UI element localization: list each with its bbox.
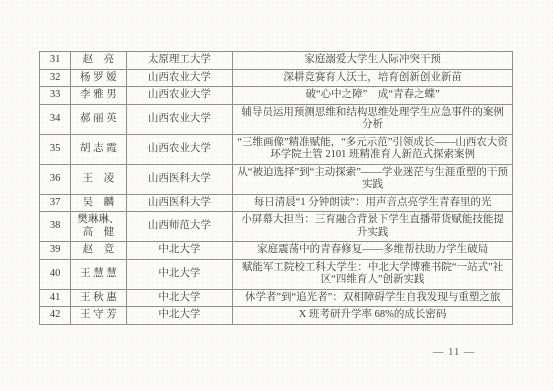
title-cell: 每日清晨“1 分钟朗读”：用声音点亮学生青春里的光 [233, 194, 513, 212]
university-cell: 太原理工大学 [126, 52, 233, 70]
table-row: 35 胡 志 霞 山西农业大学 “三维画像”精准赋能，“多元示范”引领成长——山… [40, 134, 513, 164]
row-number-cell: 33 [40, 87, 71, 105]
table-row: 36 王 凌 山西医科大学 从“被迫选择”到“主动探索”——学业迷茫与生涯重塑的… [40, 164, 513, 194]
name-cell: 杨 罗 嫒 [71, 69, 126, 87]
title-cell: “三维画像”精准赋能，“多元示范”引领成长——山西农大资环学院土管 2101 班… [233, 134, 513, 164]
table-row: 38 樊琳琳、 高 健 山西师范大学 小屏幕大担当：三育融合背景下学生直播带货赋… [40, 212, 513, 242]
name-cell: 赵 竞 [71, 242, 126, 260]
university-cell: 山西农业大学 [126, 69, 233, 87]
name-cell: 李 雅 男 [71, 87, 126, 105]
university-cell: 山西农业大学 [126, 134, 233, 164]
row-number-cell: 32 [40, 69, 71, 87]
name-cell: 王 秋 惠 [71, 289, 126, 307]
table-row: 32 杨 罗 嫒 山西农业大学 深耕竞赛育人沃土，培育创新创业新苗 [40, 69, 513, 87]
table-row: 34 郝 丽 英 山西农业大学 辅导员运用预测思维和结构思维处理学生应急事件的案… [40, 104, 513, 134]
row-number-cell: 36 [40, 164, 71, 194]
title-cell: 破“心中之障” 成“青春之蝶” [233, 87, 513, 105]
name-cell: 王 守 芳 [71, 307, 126, 325]
university-cell: 中北大学 [126, 307, 233, 325]
scanned-document-page: 31 赵 亮 太原理工大学 家庭溺爱大学生人际冲突干预 32 杨 罗 嫒 山西农… [0, 0, 553, 391]
table-row: 33 李 雅 男 山西农业大学 破“心中之障” 成“青春之蝶” [40, 87, 513, 105]
award-list-table: 31 赵 亮 太原理工大学 家庭溺爱大学生人际冲突干预 32 杨 罗 嫒 山西农… [39, 51, 513, 325]
university-cell: 山西医科大学 [126, 194, 233, 212]
table-row: 31 赵 亮 太原理工大学 家庭溺爱大学生人际冲突干预 [40, 52, 513, 70]
university-cell: 山西农业大学 [126, 87, 233, 105]
row-number-cell: 37 [40, 194, 71, 212]
table-row: 40 王 慧 慧 中北大学 赋能军工院校工科大学生：中北大学博雅书院“一站式”社… [40, 259, 513, 289]
table-row: 39 赵 竞 中北大学 家庭震荡中的青春修复——多维帮扶助力学生破局 [40, 242, 513, 260]
name-cell: 郝 丽 英 [71, 104, 126, 134]
page-number: — 11 — [433, 347, 475, 358]
name-cell: 王 凌 [71, 164, 126, 194]
row-number-cell: 42 [40, 307, 71, 325]
title-cell: 家庭震荡中的青春修复——多维帮扶助力学生破局 [233, 242, 513, 260]
title-cell: 从“被迫选择”到“主动探索”——学业迷茫与生涯重塑的干预实践 [233, 164, 513, 194]
university-cell: 山西医科大学 [126, 164, 233, 194]
title-cell: 家庭溺爱大学生人际冲突干预 [233, 52, 513, 70]
university-cell: 中北大学 [126, 259, 233, 289]
row-number-cell: 34 [40, 104, 71, 134]
name-cell: 王 慧 慧 [71, 259, 126, 289]
row-number-cell: 35 [40, 134, 71, 164]
name-cell: 樊琳琳、 高 健 [71, 212, 126, 242]
name-cell: 吴 麟 [71, 194, 126, 212]
name-cell: 赵 亮 [71, 52, 126, 70]
university-cell: 山西师范大学 [126, 212, 233, 242]
title-cell: X 班考研升学率 68%的成长密码 [233, 307, 513, 325]
table-row: 37 吴 麟 山西医科大学 每日清晨“1 分钟朗读”：用声音点亮学生青春里的光 [40, 194, 513, 212]
row-number-cell: 39 [40, 242, 71, 260]
title-cell: 小屏幕大担当：三育融合背景下学生直播带货赋能技能提升实践 [233, 212, 513, 242]
title-cell: 深耕竞赛育人沃土，培育创新创业新苗 [233, 69, 513, 87]
university-cell: 中北大学 [126, 242, 233, 260]
title-cell: 赋能军工院校工科大学生：中北大学博雅书院“一站式”社区“四维育人”创新实践 [233, 259, 513, 289]
title-cell: 休学者”到“追光者”：双相障碍学生自我发现与重塑之旅 [233, 289, 513, 307]
university-cell: 中北大学 [126, 289, 233, 307]
title-cell: 辅导员运用预测思维和结构思维处理学生应急事件的案例分析 [233, 104, 513, 134]
row-number-cell: 38 [40, 212, 71, 242]
row-number-cell: 31 [40, 52, 71, 70]
row-number-cell: 41 [40, 289, 71, 307]
table-row: 41 王 秋 惠 中北大学 休学者”到“追光者”：双相障碍学生自我发现与重塑之旅 [40, 289, 513, 307]
table-row: 42 王 守 芳 中北大学 X 班考研升学率 68%的成长密码 [40, 307, 513, 325]
row-number-cell: 40 [40, 259, 71, 289]
university-cell: 山西农业大学 [126, 104, 233, 134]
name-cell: 胡 志 霞 [71, 134, 126, 164]
